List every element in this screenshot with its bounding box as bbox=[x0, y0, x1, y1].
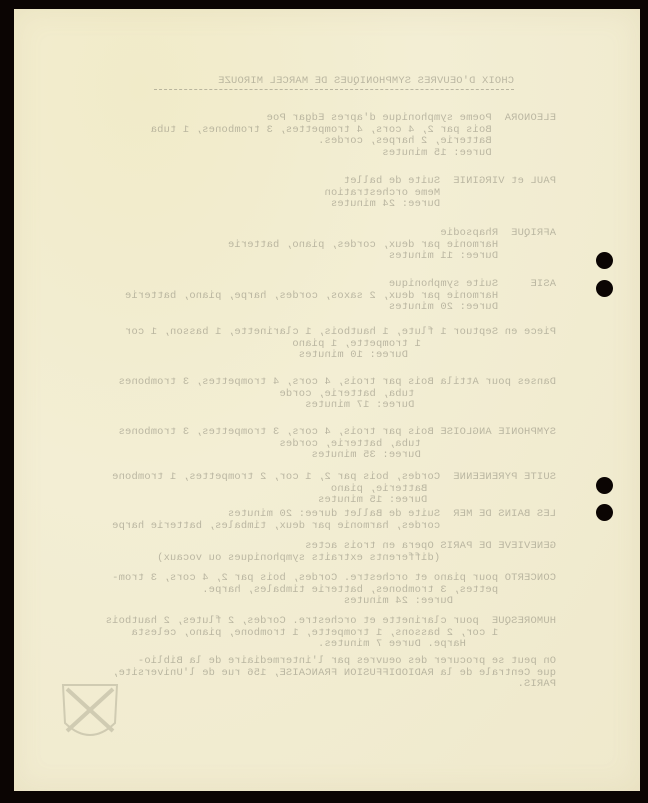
document-page: CHOIX D'OEUVRES SYMPHONIQUES DE MARCEL M… bbox=[14, 9, 640, 791]
closing-note: On peut se procurer des oeuvres par l'in… bbox=[112, 656, 556, 691]
punch-hole bbox=[596, 504, 613, 521]
entry-asie: ASIE Suite symphonique Harmonie par deux… bbox=[125, 279, 556, 314]
punch-hole bbox=[596, 477, 613, 494]
document-title: CHOIX D'OEUVRES SYMPHONIQUES DE MARCEL M… bbox=[218, 76, 514, 88]
entry-genevieve-de-paris: GENEVIEVE DE PARIS Opera en trois actes … bbox=[157, 541, 556, 564]
entry-concerto: CONCERTO pour piano et orchestre. Cordes… bbox=[112, 573, 556, 608]
punch-hole bbox=[596, 252, 613, 269]
mirrored-showthrough-text: CHOIX D'OEUVRES SYMPHONIQUES DE MARCEL M… bbox=[14, 9, 640, 791]
entry-eleonora: ELEONORA Poeme symphonique d'apres Edgar… bbox=[151, 113, 556, 159]
entry-piece-en-septuor: Piece en Septuor 1 flute, 1 hautbois, 1 … bbox=[125, 327, 556, 362]
entry-humoresque: HUMORESQUE pour clarinette et orchestre.… bbox=[106, 616, 557, 651]
punch-hole bbox=[596, 280, 613, 297]
entry-afrique: AFRIQUE Rhapsodie Harmonie par deux, cor… bbox=[228, 228, 556, 263]
entry-suite-pyreneenne: SUITE PYRENEENNE Cordes, bois par 2, 1 c… bbox=[112, 472, 556, 507]
shield-stamp-icon bbox=[59, 679, 121, 749]
entry-les-bains-de-mer: LES BAINS DE MER Suite de Ballet duree: … bbox=[112, 509, 556, 532]
entry-danses-pour-attila: Danses pour Attila Bois par trois, 4 cor… bbox=[118, 377, 556, 412]
entry-paul-et-virginie: PAUL et VIRGINIE Suite de ballet Meme or… bbox=[324, 176, 556, 211]
title-underline bbox=[154, 89, 514, 90]
entry-symphonie: SYMPHONIE ANGLOISE Bois par trois, 4 cor… bbox=[118, 427, 556, 462]
